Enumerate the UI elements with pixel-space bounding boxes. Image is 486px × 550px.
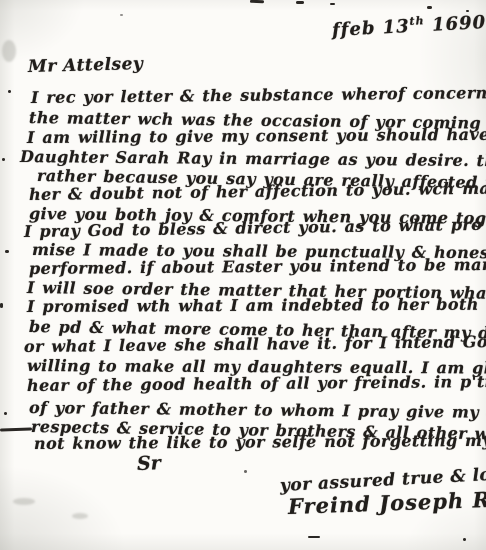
ink-speck — [2, 158, 5, 161]
letter-date: ffeb 13th 1690 — [331, 11, 486, 41]
ink-speck — [330, 3, 335, 5]
letter-date-day: ffeb 13 — [331, 16, 410, 41]
letter-line: I am willing to give my consent you shou… — [27, 125, 486, 147]
ink-speck — [296, 1, 304, 4]
letter-date-ordinal: th — [409, 14, 425, 28]
scan-smudge — [72, 513, 88, 519]
ink-speck — [8, 90, 11, 93]
letter-line: performed. if about Easter you intend to… — [29, 255, 486, 278]
letter-salutation: Mr Attelsey — [28, 54, 144, 77]
letter-line: or what I leave she shall have it. for I… — [24, 332, 486, 356]
scan-smudge — [2, 40, 16, 62]
ink-speck — [250, 0, 264, 3]
ink-speck — [0, 427, 32, 431]
ink-speck — [4, 412, 7, 415]
ink-speck — [427, 6, 432, 9]
letter-line: I promised wth what I am indebted to her… — [27, 294, 486, 316]
ink-speck — [5, 250, 9, 253]
scan-smudge — [13, 498, 35, 505]
ink-speck — [463, 538, 466, 541]
letter-page: ffeb 13th 1690 Mr Attelsey I rec yor let… — [0, 0, 486, 550]
letter-line: hear of the good health of all yor frein… — [27, 372, 486, 395]
ink-speck — [466, 10, 469, 12]
letter-closing-sir: Sr — [137, 452, 161, 475]
ink-speck — [244, 470, 247, 473]
ink-speck — [0, 303, 3, 308]
ink-speck — [120, 14, 123, 16]
letter-line: not know the like to yor selfe not forge… — [34, 430, 486, 453]
ink-speck — [308, 536, 320, 538]
letter-date-year: 1690 — [432, 12, 486, 36]
letter-line: I rec yor letter & the substance wherof … — [31, 83, 486, 107]
